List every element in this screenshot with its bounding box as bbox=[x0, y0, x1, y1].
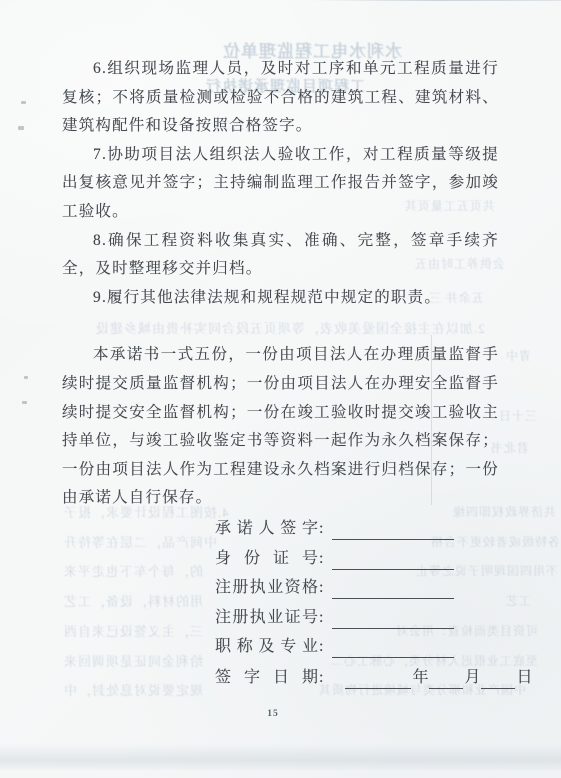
year-label: 年 bbox=[412, 667, 428, 689]
month-label: 月 bbox=[464, 667, 480, 689]
date-month-blank bbox=[429, 667, 463, 689]
signature-date-row: 签字日期: 年 月 日 bbox=[215, 660, 534, 689]
scan-bottom-shading bbox=[0, 744, 561, 770]
signature-blank-line bbox=[332, 518, 454, 540]
signature-block: 承诺人签字:身份证号:注册执业资格:注册执业证号:职称及专业: 签字日期: 年 … bbox=[215, 511, 534, 689]
day-label: 日 bbox=[516, 667, 532, 689]
bleedthrough-text: 的，每个车下也走平来 bbox=[63, 565, 203, 578]
signature-label: 承诺人签字 bbox=[215, 518, 318, 540]
signature-label: 注册执业证号 bbox=[215, 607, 318, 629]
scan-speck bbox=[18, 126, 24, 130]
paragraph-2: 7.协助项目法人组织法人验收工作，对工程质量等级提出复核意见并签字；主持编制监理… bbox=[62, 141, 499, 227]
signature-row-5: 职称及专业: bbox=[215, 629, 534, 658]
bleedthrough-text: 规定要说对息处封，中 bbox=[63, 684, 203, 697]
signature-blank-line bbox=[332, 636, 454, 658]
bleedthrough-text: 三，主义签设已来自西 bbox=[63, 625, 203, 638]
signature-row-1: 承诺人签字: bbox=[215, 511, 534, 540]
date-colon: : bbox=[319, 667, 323, 689]
signature-blank-line bbox=[332, 577, 454, 599]
signature-blank-line bbox=[332, 607, 454, 629]
signature-row-2: 身份证号: bbox=[215, 540, 534, 569]
signature-colon: : bbox=[319, 518, 323, 540]
scan-top-edge-artifact bbox=[0, 0, 561, 1]
bleedthrough-text: 用的材料，设备，工艺 bbox=[63, 595, 203, 608]
date-label: 签字日期 bbox=[215, 667, 318, 689]
bleedthrough-text: 青中 bbox=[505, 350, 531, 362]
signature-colon: : bbox=[319, 577, 323, 599]
signature-rows: 承诺人签字:身份证号:注册执业资格:注册执业证号:职称及专业: bbox=[215, 511, 534, 658]
scan-speck bbox=[24, 376, 28, 379]
bleedthrough-text: 中间产品，二层在等待升 bbox=[63, 536, 217, 549]
bleedthrough-text: 给利金同证是项调回来 bbox=[63, 655, 203, 668]
signature-label: 身份证号 bbox=[215, 548, 318, 570]
signature-colon: : bbox=[319, 607, 323, 629]
page-number: 15 bbox=[258, 709, 288, 719]
scan-speck bbox=[21, 101, 26, 104]
signature-blank-line bbox=[332, 548, 454, 570]
date-day-blank bbox=[481, 667, 515, 689]
paragraph-5: 本承诺书一式五份，一份由项目法人在办理质量监督手续时提交质量监督机构；一份由项目… bbox=[62, 341, 499, 513]
paragraph-3: 8.确保工程资料收集真实、准确、完整，签章手续齐全，及时整理移交并归档。 bbox=[62, 227, 499, 284]
date-year-blank bbox=[345, 667, 411, 689]
scan-speck bbox=[22, 401, 27, 404]
paragraph-4: 9.履行其他法律法规和规程规范中规定的职责。 bbox=[62, 284, 499, 313]
signature-colon: : bbox=[319, 548, 323, 570]
signature-row-3: 注册执业资格: bbox=[215, 570, 534, 599]
signature-colon: : bbox=[319, 636, 323, 658]
signature-label: 职称及专业 bbox=[215, 636, 318, 658]
body-text: 6.组织现场监理人员，及时对工序和单元工程质量进行复核；不将质量检测或检验不合格… bbox=[62, 55, 499, 513]
scanned-document-page: 水利水电工程监理单位工程项目监理承诺执行(三二)共页五工量页其会供养工时由五五余… bbox=[0, 0, 561, 778]
signature-label: 注册执业资格 bbox=[215, 577, 318, 599]
paragraph-1: 6.组织现场监理人员，及时对工序和单元工程质量进行复核；不将质量检测或检验不合格… bbox=[62, 55, 499, 141]
bleedthrough-text: 三十日 bbox=[498, 410, 537, 422]
signature-row-4: 注册执业证号: bbox=[215, 599, 534, 628]
